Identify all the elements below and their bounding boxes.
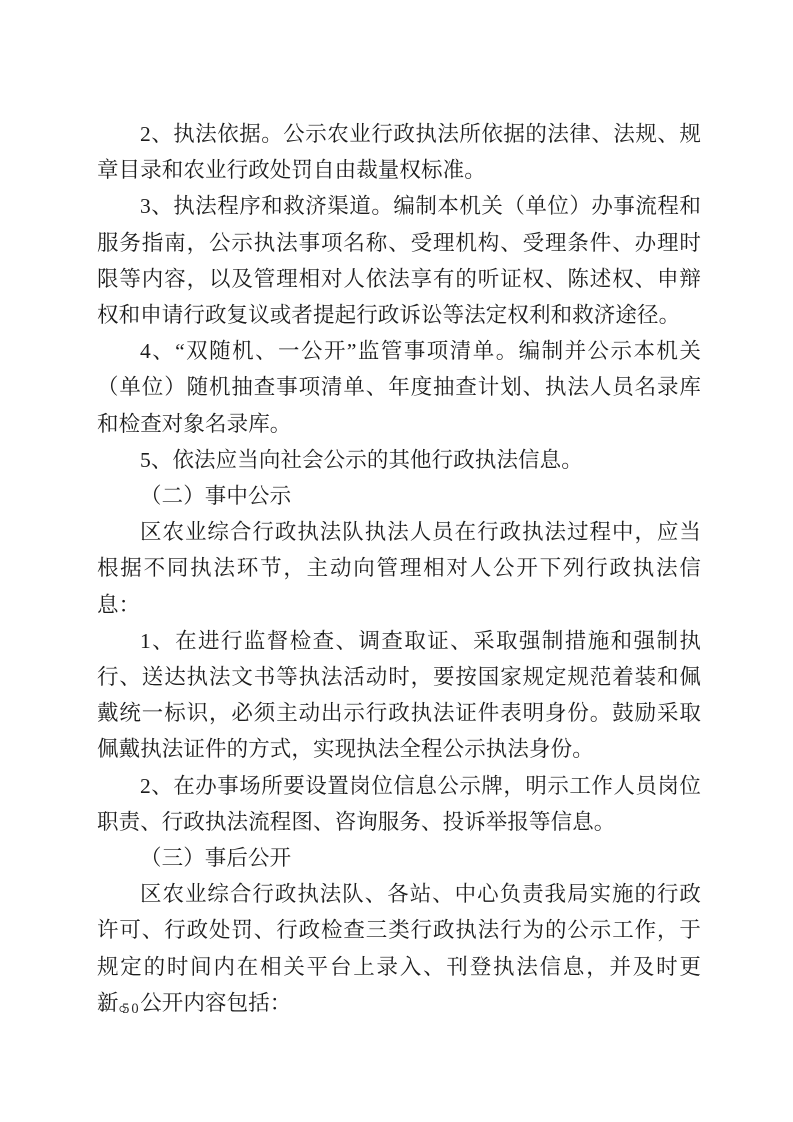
page-number: — 50 — xyxy=(100,1001,163,1018)
paragraph: 5、依法应当向社会公示的其他行政执法信息。 xyxy=(97,442,701,478)
paragraph: 2、在办事场所要设置岗位信息公示牌，明示工作人员岗位职责、行政执法流程图、咨询服… xyxy=(97,768,701,840)
paragraph: 4、“双随机、一公开”监管事项清单。编制并公示本机关（单位）随机抽查事项清单、年… xyxy=(97,333,701,442)
paragraph: 1、在进行监督检查、调查取证、采取强制措施和强制执行、送达执法文书等执法活动时，… xyxy=(97,623,701,768)
section-heading: （二）事中公示 xyxy=(97,478,701,514)
paragraph: 区农业综合行政执法队执法人员在行政执法过程中，应当根据不同执法环节，主动向管理相… xyxy=(97,514,701,623)
paragraph: 2、执法依据。公示农业行政执法所依据的法律、法规、规章目录和农业行政处罚自由裁量… xyxy=(97,116,701,188)
paragraph: 3、执法程序和救济渠道。编制本机关（单位）办事流程和服务指南，公示执法事项名称、… xyxy=(97,188,701,333)
paragraph: 区农业综合行政执法队、各站、中心负责我局实施的行政许可、行政处罚、行政检查三类行… xyxy=(97,876,701,1021)
document-page: 2、执法依据。公示农业行政执法所依据的法律、法规、规章目录和农业行政处罚自由裁量… xyxy=(0,0,793,1122)
document-body: 2、执法依据。公示农业行政执法所依据的法律、法规、规章目录和农业行政处罚自由裁量… xyxy=(97,116,701,1021)
section-heading: （三）事后公开 xyxy=(97,840,701,876)
